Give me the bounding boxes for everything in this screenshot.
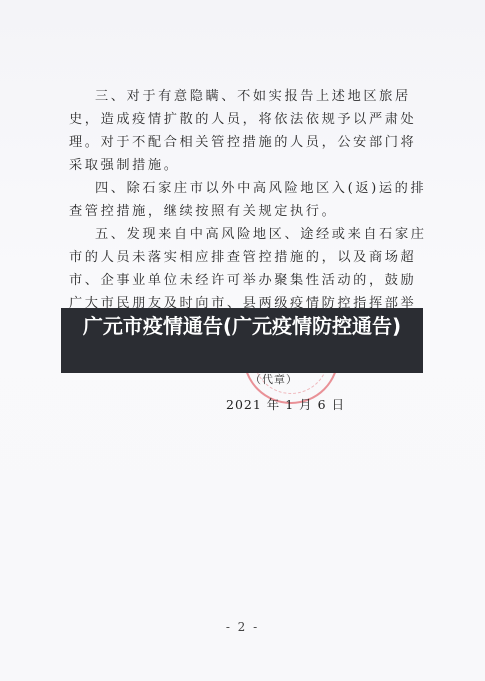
title-overlay: 广元市疫情通告(广元疫情防控通告) [61, 308, 423, 373]
overlay-title: 广元市疫情通告(广元疫情防控通告) [83, 314, 401, 338]
document-body: 三、对于有意隐瞒、不如实报告上述地区旅居史，造成疫情扩散的人员，将依法依规予以严… [69, 85, 429, 338]
page-number: - 2 - [0, 620, 485, 634]
paragraph-4: 四、除石家庄市以外中高风险地区入(返)运的排查管控措施，继续按照有关规定执行。 [69, 177, 429, 223]
document-date: 2021 年 1 月 6 日 [226, 395, 345, 413]
seal-label: （代章） [250, 371, 298, 387]
paragraph-3: 三、对于有意隐瞒、不如实报告上述地区旅居史，造成疫情扩散的人员，将依法依规予以严… [69, 85, 429, 177]
